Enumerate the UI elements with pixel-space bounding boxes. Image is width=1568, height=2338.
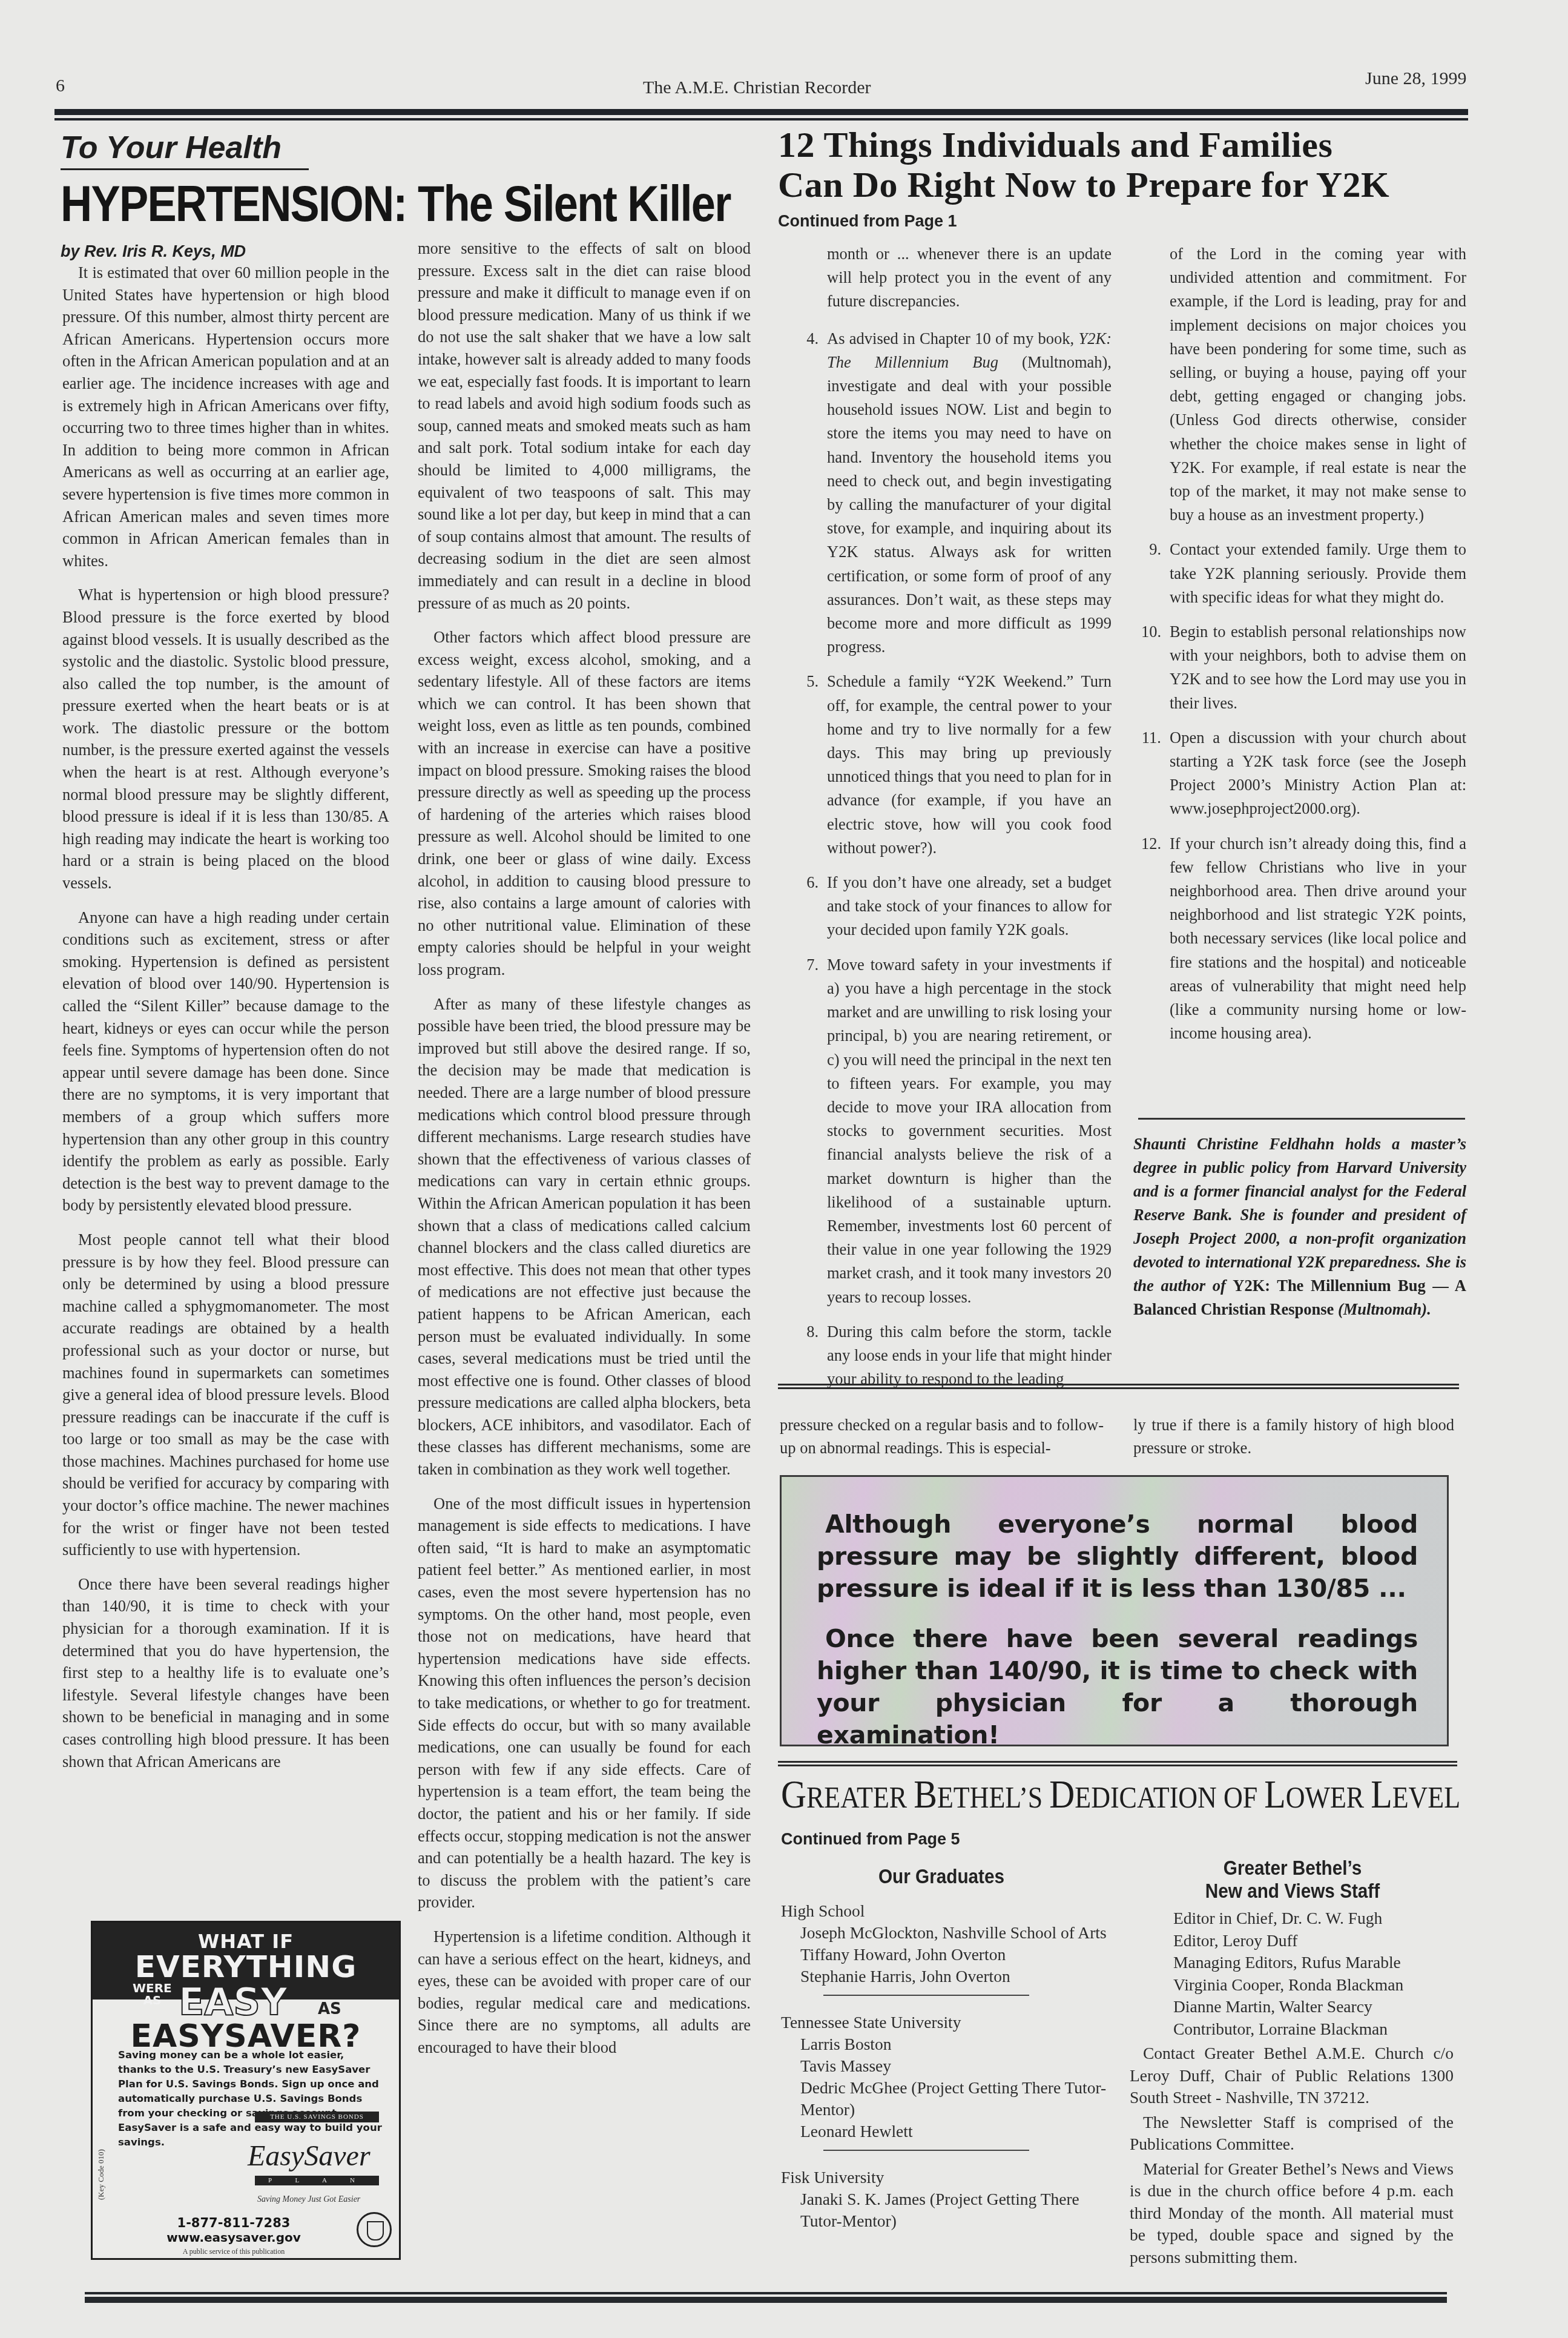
graduate-name: Larris Boston bbox=[781, 2033, 1120, 2055]
logo-tagline: Saving Money Just Got Easier bbox=[257, 2195, 360, 2205]
continued-note: Continued from Page 1 bbox=[778, 212, 957, 231]
group-divider bbox=[823, 2150, 1029, 2151]
staff-role: Managing Editors, Rufus Marable bbox=[1130, 1952, 1454, 1974]
graduate-name: Tavis Massey bbox=[781, 2055, 1120, 2077]
kicker-underline bbox=[61, 168, 309, 170]
graduate-name: Dedric McGhee (Project Getting There Tut… bbox=[781, 2077, 1120, 2121]
list-item: 6.If you don’t have one already, set a b… bbox=[785, 871, 1112, 942]
paragraph: Hypertension is a lifetime condition. Al… bbox=[418, 1926, 751, 2059]
staff-role: Dianne Martin, Walter Searcy bbox=[1130, 1996, 1454, 2018]
y2k-headline: 12 Things Individuals and Families Can D… bbox=[778, 125, 1389, 205]
paragraph: It is estimated that over 60 million peo… bbox=[62, 262, 389, 572]
list-item: 4. As advised in Chapter 10 of my book, … bbox=[785, 327, 1112, 659]
school-name: High School bbox=[781, 1900, 1120, 1922]
publication-title: The A.M.E. Christian Recorder bbox=[643, 78, 871, 98]
paragraph: What is hypertension or high blood press… bbox=[62, 584, 389, 894]
bethel-headline: GREATER BETHEL’S DEDICATION OF LOWER LEV… bbox=[781, 1772, 1460, 1818]
byline: by Rev. Iris R. Keys, MD bbox=[61, 242, 246, 261]
list-item: month or ... whenever there is an update… bbox=[785, 242, 1112, 314]
easysaver-advertisement: WHAT IF EVERYTHING WERE AS EASY AS EASYS… bbox=[91, 1921, 401, 2260]
graduate-name: Janaki S. K. James (Project Getting Ther… bbox=[781, 2188, 1120, 2232]
health-column-2: more sensitive to the effects of salt on… bbox=[418, 237, 751, 2071]
school-name: Fisk University bbox=[781, 2167, 1120, 2188]
ad-website: www.easysaver.gov bbox=[93, 2230, 375, 2245]
y2k-column-2: of the Lord in the coming year with undi… bbox=[1127, 242, 1466, 1057]
pullquote-text-1: Although everyone’s normal blood pressur… bbox=[817, 1508, 1418, 1605]
graduate-name: Leonard Hewlett bbox=[781, 2121, 1120, 2142]
pullquote-box: Although everyone’s normal blood pressur… bbox=[780, 1475, 1449, 1746]
pullquote-text-2: Once there have been several readings hi… bbox=[817, 1623, 1418, 1751]
page-number: 6 bbox=[56, 76, 65, 96]
list-item: 12.If your church isn’t already doing th… bbox=[1127, 832, 1466, 1046]
ad-key-code: (Key Code 010) bbox=[96, 2149, 106, 2200]
health-continuation-left: pressure checked on a regular basis and … bbox=[780, 1413, 1104, 1459]
staff-note: The Newsletter Staff is comprised of the… bbox=[1130, 2112, 1454, 2156]
paragraph: more sensitive to the effects of salt on… bbox=[418, 237, 751, 614]
graduates-title: Our Graduates bbox=[819, 1865, 1064, 1888]
paragraph: Other factors which affect blood pressur… bbox=[418, 626, 751, 981]
school-name: Tennessee State University bbox=[781, 2012, 1120, 2033]
ad-were-as: WERE AS bbox=[133, 1982, 172, 2006]
graduates-list: High School Joseph McGlockton, Nashville… bbox=[781, 1900, 1120, 2232]
ad-phone-number: 1-877-811-7283 bbox=[93, 2216, 375, 2230]
author-bio: Shaunti Christine Feldhahn holds a maste… bbox=[1133, 1132, 1466, 1321]
paragraph: After as many of these lifestyle changes… bbox=[418, 993, 751, 1481]
footer-rule bbox=[85, 2292, 1447, 2305]
staff-role: Editor in Chief, Dr. C. W. Fugh bbox=[1130, 1907, 1454, 1930]
list-item: 11.Open a discussion with your church ab… bbox=[1127, 726, 1466, 821]
issue-date: June 28, 1999 bbox=[1365, 68, 1467, 89]
list-item: 10.Begin to establish personal relations… bbox=[1127, 620, 1466, 715]
health-column-1: It is estimated that over 60 million peo… bbox=[62, 262, 389, 1785]
list-item: 5.Schedule a family “Y2K Weekend.” Turn … bbox=[785, 670, 1112, 860]
staff-role: Virginia Cooper, Ronda Blackman bbox=[1130, 1974, 1454, 1996]
staff-role: Editor, Leroy Duff bbox=[1130, 1930, 1454, 1952]
logo-header-bar: THE U.S. SAVINGS BONDS bbox=[255, 2112, 379, 2122]
paragraph: Once there have been several readings hi… bbox=[62, 1573, 389, 1772]
graduate-name: Tiffany Howard, John Overton bbox=[781, 1944, 1120, 1966]
list-item: 7.Move toward safety in your investments… bbox=[785, 953, 1112, 1309]
treasury-seal-icon bbox=[357, 2212, 392, 2247]
section-divider bbox=[778, 1384, 1459, 1390]
section-divider bbox=[778, 1761, 1457, 1767]
staff-title: Greater Bethel’s New and Views Staff bbox=[1154, 1857, 1432, 1903]
list-item: 8.During this calm before the storm, tac… bbox=[785, 1320, 1112, 1392]
ad-as: AS bbox=[318, 2000, 341, 2018]
health-headline: HYPERTENSION: The Silent Killer bbox=[61, 174, 731, 233]
logo-plan-bar: P L A N bbox=[255, 2176, 379, 2185]
graduate-name: Joseph McGlockton, Nashville School of A… bbox=[781, 1922, 1120, 1944]
paragraph: Most people cannot tell what their blood… bbox=[62, 1229, 389, 1561]
staff-role: Contributor, Lorraine Blackman bbox=[1130, 2018, 1454, 2041]
masthead-rule bbox=[54, 109, 1468, 122]
ad-easy: EASY bbox=[179, 1980, 288, 2024]
list-item: 9.Contact your extended family. Urge the… bbox=[1127, 538, 1466, 609]
section-kicker: To Your Health bbox=[61, 130, 282, 166]
y2k-headline-line-1: 12 Things Individuals and Families bbox=[778, 125, 1389, 165]
bio-divider bbox=[1138, 1118, 1465, 1120]
continued-note: Continued from Page 5 bbox=[781, 1830, 960, 1849]
ad-psa-note: A public service of this publication bbox=[93, 2247, 375, 2256]
y2k-column-1: month or ... whenever there is an update… bbox=[785, 242, 1112, 1402]
easysaver-logo: EasySaver bbox=[248, 2139, 371, 2173]
group-divider bbox=[823, 1995, 1029, 1996]
graduate-name: Stephanie Harris, John Overton bbox=[781, 1966, 1120, 1987]
paragraph: Anyone can have a high reading under cer… bbox=[62, 906, 389, 1217]
contact-paragraph: Contact Greater Bethel A.M.E. Church c/o… bbox=[1130, 2042, 1454, 2109]
submission-note: Material for Greater Bethel’s News and V… bbox=[1130, 2158, 1454, 2269]
staff-list: Editor in Chief, Dr. C. W. Fugh Editor, … bbox=[1130, 1907, 1454, 2268]
ad-body-copy: Saving money can be a whole lot easier, … bbox=[118, 2048, 384, 2150]
y2k-headline-line-2: Can Do Right Now to Prepare for Y2K bbox=[778, 165, 1389, 205]
list-item: of the Lord in the coming year with undi… bbox=[1127, 242, 1466, 527]
paragraph: One of the most difficult issues in hype… bbox=[418, 1493, 751, 1914]
health-continuation-right: ly true if there is a family history of … bbox=[1133, 1413, 1454, 1459]
